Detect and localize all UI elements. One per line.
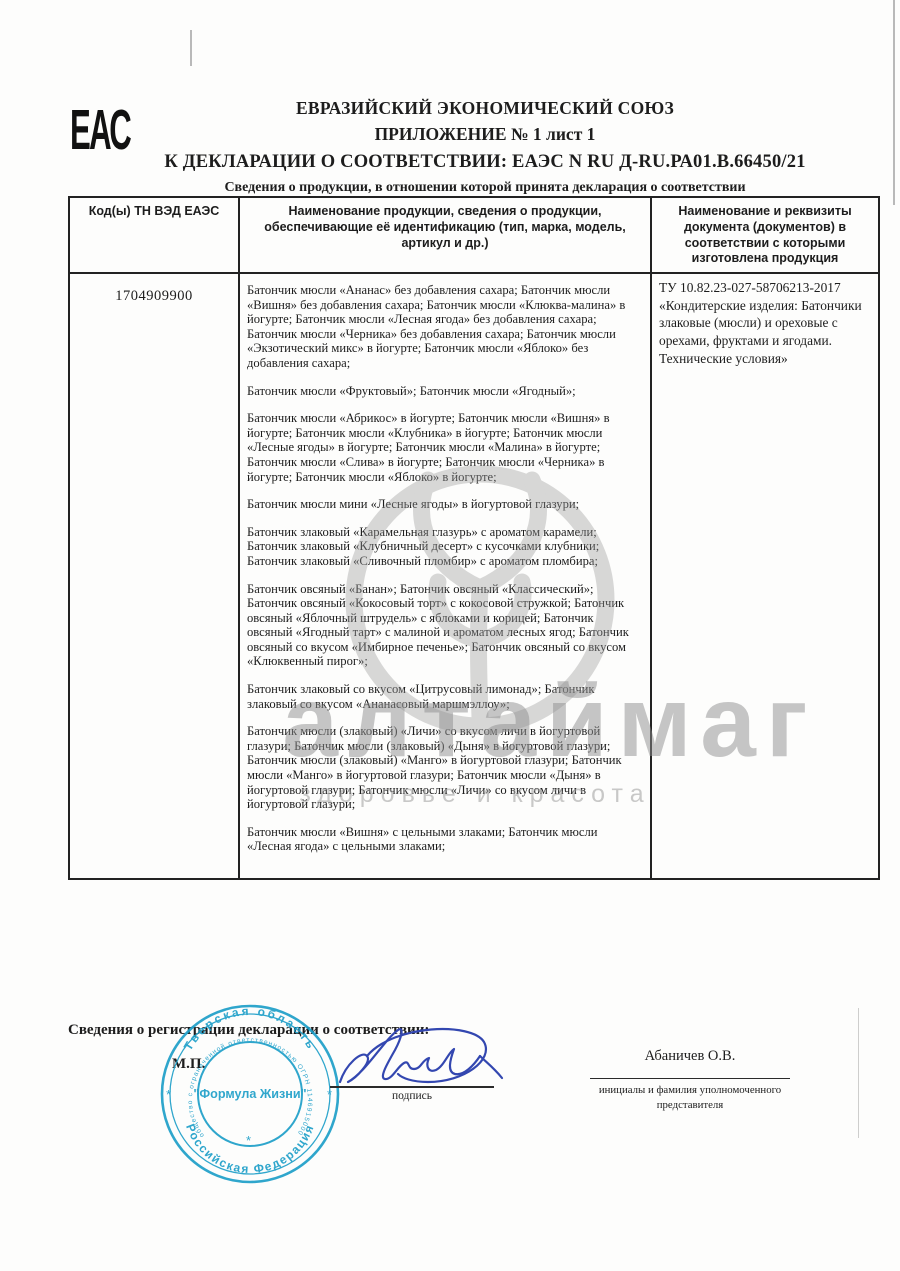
stamp-top-arc-text: Тверская область [181, 1004, 319, 1053]
document-header: ЕВРАЗИЙСКИЙ ЭКОНОМИЧЕСКИЙ СОЮЗ ПРИЛОЖЕНИ… [130, 98, 840, 196]
signature-line [330, 1086, 494, 1088]
header-declaration-number: К ДЕКЛАРАЦИИ О СООТВЕТСТВИИ: ЕАЭС N RU Д… [130, 152, 840, 173]
scan-artifact [190, 30, 192, 66]
representative-label: инициалы и фамилия уполномоченного предс… [575, 1083, 805, 1112]
col-header-document: Наименование и реквизиты документа (доку… [652, 198, 878, 272]
company-stamp: Тверская область Российская Федерация об… [158, 1002, 342, 1186]
header-subtitle: Сведения о продукции, в отношении которо… [130, 180, 840, 196]
product-paragraph: Батончик мюсли «Ананас» без добавления с… [247, 283, 640, 371]
signature-ink [332, 1020, 507, 1092]
tn-ved-code: 1704909900 [70, 274, 240, 878]
product-table: Код(ы) ТН ВЭД ЕАЭС Наименование продукци… [68, 196, 880, 880]
product-paragraph: Батончик мюсли «Абрикос» в йогурте; Бато… [247, 411, 640, 484]
scan-artifact [893, 0, 895, 205]
product-paragraph: Батончик овсяный «Банан»; Батончик овсян… [247, 582, 640, 670]
product-list-cell: Батончик мюсли «Ананас» без добавления с… [240, 274, 652, 878]
eac-logo: ЕАС [70, 100, 119, 198]
representative-line [590, 1078, 790, 1079]
tu-document-cell: ТУ 10.82.23-027-58706213-2017 «Кондитерс… [652, 274, 878, 878]
product-paragraph: Батончик мюсли (злаковый) «Личи» со вкус… [247, 724, 640, 812]
product-paragraph: Батончик злаковый «Карамельная глазурь» … [247, 525, 640, 569]
col-header-product: Наименование продукции, сведения о проду… [240, 198, 652, 272]
scan-artifact [858, 1008, 859, 1138]
stamp-star-left: * [166, 1087, 171, 1102]
product-paragraph: Батончик мюсли «Фруктовый»; Батончик мюс… [247, 384, 640, 399]
representative-name: Абаничев О.В. [588, 1048, 792, 1065]
product-paragraph: Батончик мюсли «Вишня» с цельными злакам… [247, 825, 640, 854]
col-header-code: Код(ы) ТН ВЭД ЕАЭС [70, 198, 240, 272]
stamp-center-text: "Формула Жизни" [193, 1087, 306, 1101]
stamp-star-bottom: * [246, 1133, 251, 1148]
document-page: ЕАС ЕВРАЗИЙСКИЙ ЭКОНОМИЧЕСКИЙ СОЮЗ ПРИЛО… [0, 0, 900, 1271]
signature-label: подпись [330, 1090, 494, 1102]
product-paragraph: Батончик злаковый со вкусом «Цитрусовый … [247, 682, 640, 711]
table-row: 1704909900 Батончик мюсли «Ананас» без д… [70, 274, 878, 878]
header-union-title: ЕВРАЗИЙСКИЙ ЭКОНОМИЧЕСКИЙ СОЮЗ [130, 98, 840, 119]
header-appendix-line: ПРИЛОЖЕНИЕ № 1 лист 1 [130, 124, 840, 145]
product-paragraph: Батончик мюсли мини «Лесные ягоды» в йог… [247, 497, 640, 512]
table-header-row: Код(ы) ТН ВЭД ЕАЭС Наименование продукци… [70, 198, 878, 274]
